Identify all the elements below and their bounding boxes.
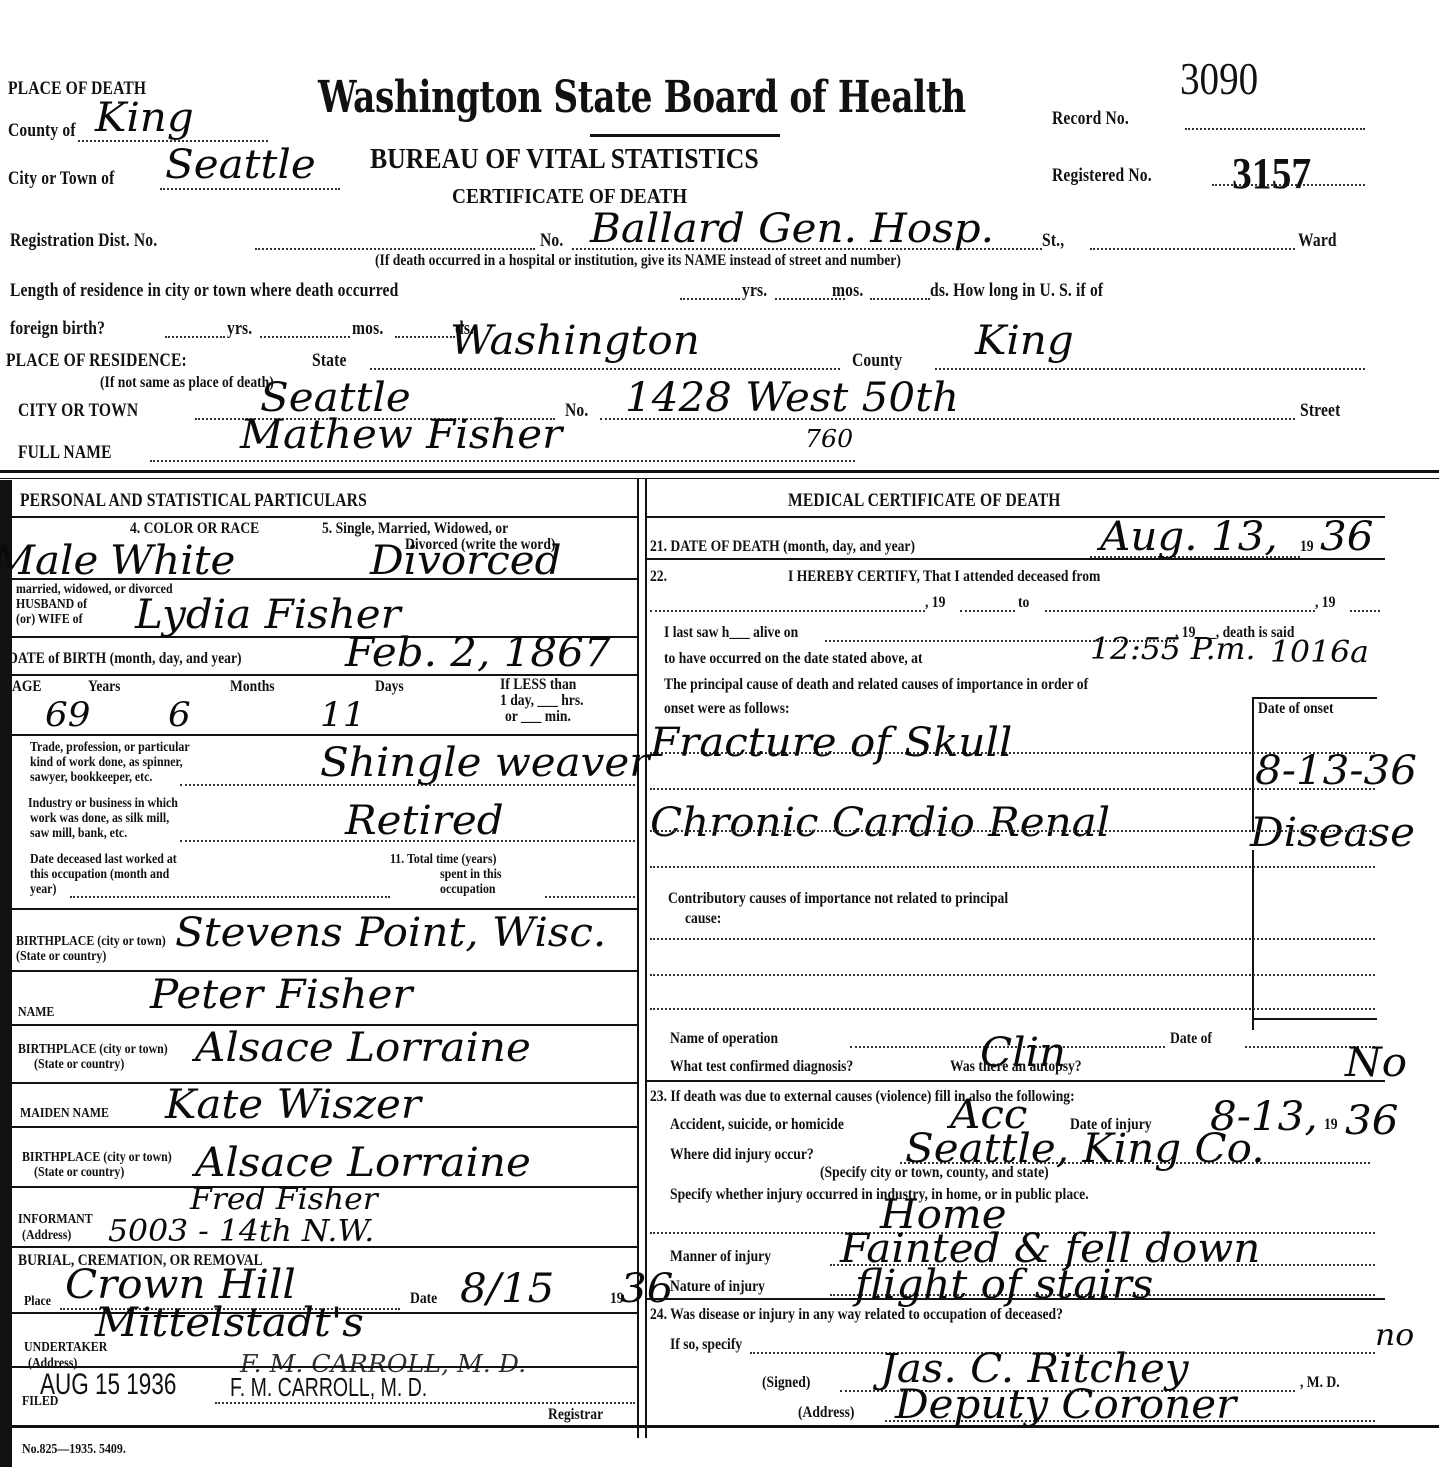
undertaker-value: Mittelstadt's <box>95 1300 364 1346</box>
years-label: Years <box>88 678 120 696</box>
trade-label2: kind of work done, as spinner, <box>30 755 183 770</box>
mos-label: mos. <box>832 280 863 302</box>
where-injury-note: (Specify city or town, county, and state… <box>820 1164 1049 1182</box>
yrs-label: yrs. <box>742 280 767 302</box>
contributory-label2: cause: <box>685 910 721 928</box>
city-value: Seattle <box>165 142 316 188</box>
informant-value: Fred Fisher <box>190 1182 378 1217</box>
street-no-label: No. <box>540 230 563 252</box>
father-birthplace-value: Alsace Lorraine <box>195 1025 531 1071</box>
foreign-mos-label: mos. <box>352 318 383 340</box>
dob-label: DATE of BIRTH (month, day, and year) <box>8 650 242 668</box>
burial-place-label: Place <box>24 1294 51 1309</box>
occupation-related-value: no <box>1375 1318 1414 1353</box>
house-no-label: No. <box>565 400 588 422</box>
total-time-label3: occupation <box>440 882 496 897</box>
md-label: , M. D. <box>1300 1374 1340 1392</box>
record-no-label: Record No. <box>1052 108 1129 130</box>
street-value: 1428 West 50th <box>625 375 959 421</box>
father-birthplace-label2: (State or country) <box>34 1057 124 1072</box>
mother-birthplace-label1: BIRTHPLACE (city or town) <box>22 1150 172 1165</box>
nature-label: Nature of injury <box>670 1278 765 1296</box>
foreign-birth-label: foreign birth? <box>10 318 105 340</box>
divider <box>0 470 1439 473</box>
trade-label1: Trade, profession, or particular <box>30 740 190 755</box>
age-months-value: 6 <box>168 695 191 735</box>
mother-birthplace-label2: (State or country) <box>34 1165 124 1180</box>
certify-label: I HEREBY CERTIFY, That I attended deceas… <box>788 568 1100 586</box>
dob-value: Feb. 2, 1867 <box>345 630 611 676</box>
full-name-note: 760 <box>805 425 853 453</box>
registrar-label: Registrar <box>548 1406 603 1424</box>
cause2-date-value: Disease <box>1250 810 1415 856</box>
diagnosis-label: What test confirmed diagnosis? <box>670 1058 853 1076</box>
county-value: King <box>95 95 194 141</box>
city-town-label: CITY OR TOWN <box>18 400 138 422</box>
industry-value: Retired <box>345 798 504 844</box>
operation-label: Name of operation <box>670 1030 778 1048</box>
color-race-label: 4. COLOR OR RACE <box>130 520 259 538</box>
injury-year-prefix: 19 <box>1324 1116 1338 1134</box>
cause2-value: Chronic Cardio Renal <box>650 800 1110 846</box>
total-time-label2: spent in this <box>440 867 502 882</box>
birthplace-label2: (State or country) <box>16 949 106 964</box>
months-label: Months <box>230 678 275 696</box>
street-label: Street <box>1300 400 1341 422</box>
less-label3: or ___ min. <box>505 708 571 726</box>
time-note: 1016a <box>1270 635 1369 670</box>
signer-address-label: (Address) <box>798 1404 854 1422</box>
nature-value: flight of stairs <box>855 1262 1153 1308</box>
mother-birthplace-value: Alsace Lorraine <box>195 1140 531 1186</box>
place-of-residence-label: PLACE OF RESIDENCE: <box>6 350 187 372</box>
spouse-label3: (or) WIFE of <box>16 612 83 627</box>
date-of-onset-label: Date of onset <box>1258 700 1334 718</box>
mother-maiden-value: Kate Wiszer <box>165 1082 421 1128</box>
length-residence-label: Length of residence in city or town wher… <box>10 280 398 302</box>
ward-label: Ward <box>1298 230 1337 252</box>
residence-note: (If not same as place of death) <box>100 374 274 392</box>
from-year-label: , 19 <box>925 594 945 612</box>
county-res-label: County <box>852 350 902 372</box>
hospital-value: Ballard Gen. Hosp. <box>590 206 994 252</box>
autopsy-label: Was there an autopsy? <box>950 1058 1082 1076</box>
signer-address-value: Deputy Coroner <box>895 1382 1236 1428</box>
to-year-label: , 19 <box>1315 594 1335 612</box>
industry-label2: work was done, as silk mill, <box>30 811 169 826</box>
county-res-value: King <box>975 318 1074 364</box>
days-label: Days <box>375 678 404 696</box>
state-label: State <box>312 350 347 372</box>
father-name-label: NAME <box>18 1005 54 1020</box>
age-label: AGE <box>12 678 41 696</box>
spouse-label2: HUSBAND of <box>16 597 87 612</box>
father-birthplace-label1: BIRTHPLACE (city or town) <box>18 1042 168 1057</box>
registrar-signature: F. M. CARROLL, M. D. <box>240 1350 526 1378</box>
full-name-label: FULL NAME <box>18 442 112 464</box>
registered-no-value: 3157 <box>1232 148 1311 199</box>
informant-label: INFORMANT <box>18 1212 93 1227</box>
informant-address-value: 5003 - 14th N.W. <box>108 1214 374 1249</box>
county-label: County of <box>8 120 76 142</box>
occupation-related-label: 24. Was disease or injury in any way rel… <box>650 1306 1063 1324</box>
form-number: No.825—1935. 5409. <box>22 1442 126 1457</box>
hospital-note: (If death occurred in a hospital or inst… <box>375 252 901 270</box>
last-worked-label3: year) <box>30 882 56 897</box>
registration-district-label: Registration Dist. No. <box>10 230 157 252</box>
medical-title: MEDICAL CERTIFICATE OF DEATH <box>788 490 1061 512</box>
registered-no-label: Registered No. <box>1052 165 1152 187</box>
filed-date-stamp: AUG 15 1936 <box>40 1368 176 1402</box>
foreign-yrs-label: yrs. <box>227 318 252 340</box>
cause1-value: Fracture of Skull <box>650 720 1012 766</box>
age-years-value: 69 <box>45 695 90 735</box>
age-days-value: 11 <box>320 695 365 735</box>
contributory-label1: Contributory causes of importance not re… <box>668 890 1008 908</box>
injury-year-value: 36 <box>1345 1098 1398 1144</box>
accident-label: Accident, suicide, or homicide <box>670 1116 844 1134</box>
stamped-number: 3090 <box>1180 52 1258 105</box>
birthplace-label1: BIRTHPLACE (city or town) <box>16 934 166 949</box>
industry-label3: saw mill, bank, etc. <box>30 826 127 841</box>
occurred-label: to have occurred on the date stated abov… <box>664 650 922 668</box>
father-name-value: Peter Fisher <box>150 972 413 1018</box>
if-so-label: If so, specify <box>670 1336 742 1354</box>
state-value: Washington <box>450 318 700 364</box>
last-worked-label2: this occupation (month and <box>30 867 169 882</box>
bureau-title: BUREAU OF VITAL STATISTICS <box>370 144 759 176</box>
burial-date-label: Date <box>410 1290 437 1308</box>
certify-number: 22. <box>650 568 667 586</box>
board-title: Washington State Board of Health <box>318 72 966 123</box>
burial-date-value: 8/15 <box>460 1266 554 1312</box>
signed-label: (Signed) <box>762 1374 810 1392</box>
manner-label: Manner of injury <box>670 1248 771 1266</box>
ds-label: ds. How long in U. S. if of <box>930 280 1103 302</box>
total-time-label1: 11. Total time (years) <box>390 852 496 867</box>
personal-title: PERSONAL AND STATISTICAL PARTICULARS <box>20 490 367 512</box>
birthplace-value: Stevens Point, Wisc. <box>175 910 606 956</box>
full-name-value: Mathew Fisher <box>240 412 562 458</box>
st-label: St., <box>1042 230 1064 252</box>
industry-label1: Industry or business in which <box>28 796 178 811</box>
dod-value: Aug. 13, <box>1100 514 1278 560</box>
cause-label1: The principal cause of death and related… <box>664 676 1088 694</box>
dod-year-value: 36 <box>1320 514 1373 560</box>
trade-value: Shingle weaver <box>320 740 649 786</box>
undertaker-label: UNDERTAKER <box>24 1340 107 1355</box>
last-worked-label1: Date deceased last worked at <box>30 852 177 867</box>
city-label: City or Town of <box>8 168 114 190</box>
dod-label: 21. DATE OF DEATH (month, day, and year) <box>650 538 915 556</box>
where-injury-label: Where did injury occur? <box>670 1146 814 1164</box>
operation-date-label: Date of <box>1170 1030 1212 1048</box>
informant-address-label: (Address) <box>22 1228 71 1243</box>
mother-maiden-label: MAIDEN NAME <box>20 1106 109 1121</box>
last-saw-label: I last saw h___ alive on <box>664 624 798 642</box>
scan-edge <box>0 480 12 1467</box>
dod-year-prefix: 19 <box>1300 538 1314 556</box>
cause-label2: onset were as follows: <box>664 700 790 718</box>
to-label: to <box>1018 594 1029 612</box>
time-value: 12:55 P.m. <box>1090 632 1256 667</box>
trade-label3: sawyer, bookkeeper, etc. <box>30 770 152 785</box>
